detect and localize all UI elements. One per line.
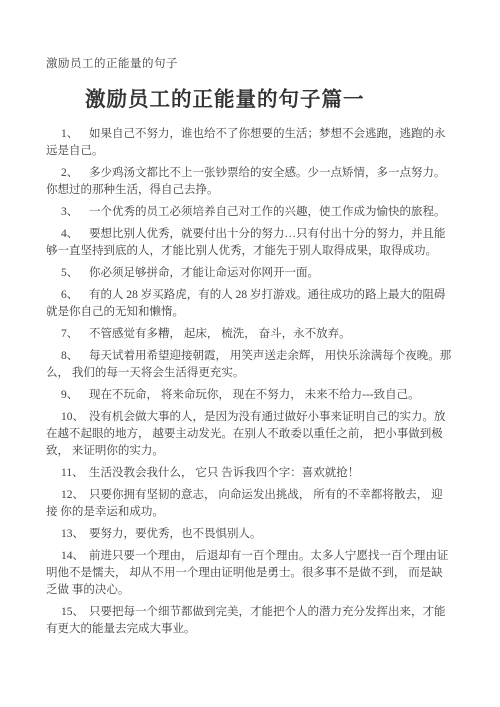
quote-number: 4、: [61, 226, 89, 243]
quote-number: 8、: [61, 348, 89, 365]
quote-text: 一个优秀的员工必须培养自己对工作的兴趣，使工作成为愉快的旅程。: [89, 206, 446, 218]
quote-number: 11、: [61, 465, 89, 482]
quote-number: 12、: [61, 487, 89, 504]
quote-number: 14、: [61, 548, 89, 565]
page-title: 激励员工的正能量的句子篇一: [85, 87, 454, 113]
quote-text: 你必须足够拼命，才能让命运对你网开一面。: [89, 267, 319, 279]
quote-item: 5、你必须足够拼命，才能让命运对你网开一面。: [46, 265, 454, 282]
quote-item: 14、前进只要一个理由， 后退却有一百个理由。太多人宁愿找一百个理由证明他不是懦…: [46, 548, 454, 599]
quote-item: 9、现在不玩命， 将来命玩你， 现在不努力， 未来不给力---致自己。: [46, 387, 454, 404]
quote-text: 不管感觉有多糟， 起床， 梳洗， 奋斗，永不放弃。: [89, 328, 351, 340]
quote-number: 10、: [61, 409, 89, 426]
quote-number: 6、: [61, 287, 89, 304]
quote-number: 5、: [61, 265, 89, 282]
quote-text: 前进只要一个理由， 后退却有一百个理由。太多人宁愿找一百个理由证明他不是懦夫， …: [46, 550, 448, 596]
quote-item: 12、只要你拥有坚韧的意志， 向命运发出挑战， 所有的不幸都将散去， 迎接 你的…: [46, 487, 454, 521]
quote-text: 每天试着用希望迎接朝霞， 用笑声送走余辉， 用快乐涂满每个夜晚。那么， 我们的每…: [46, 350, 451, 379]
quote-number: 1、: [61, 126, 89, 143]
quote-text: 现在不玩命， 将来命玩你， 现在不努力， 未来不给力---致自己。: [89, 389, 420, 401]
quote-number: 7、: [61, 326, 89, 343]
quote-item: 4、要想比别人优秀，就要付出十分的努力…只有付出十分的努力，并且能够一直坚持到底…: [46, 226, 454, 260]
quote-item: 15、只要把每一个细节都做到完美，才能把个人的潜力充分发挥出来，才能有更大的能量…: [46, 604, 454, 638]
quote-item: 2、多少鸡汤文都比不上一张钞票给的安全感。少一点矫情，多一点努力。你想过的那种生…: [46, 165, 454, 199]
quote-text: 只要把每一个细节都做到完美，才能把个人的潜力充分发挥出来，才能有更大的能量去完成…: [46, 606, 446, 635]
quote-item: 13、要努力，要优秀，也不畏惧别人。: [46, 526, 454, 543]
quote-text: 没有机会做大事的人，是因为没有通过做好小事来证明自己的实力。放在越不起眼的地方，…: [46, 411, 446, 457]
quote-number: 9、: [61, 387, 89, 404]
quote-item: 8、每天试着用希望迎接朝霞， 用笑声送走余辉， 用快乐涂满每个夜晚。那么， 我们…: [46, 348, 454, 382]
quote-text: 生活没教会我什么， 它只 告诉我四个字：喜欢就抢！: [89, 467, 359, 479]
quote-item: 6、有的人 28 岁买路虎，有的人 28 岁打游戏。通往成功的路上最大的阻碍就是…: [46, 287, 454, 321]
quote-text: 如果自己不努力，谁也给不了你想要的生活；梦想不会逃跑，逃跑的永远是自己。: [46, 128, 446, 157]
quote-text: 要想比别人优秀，就要付出十分的努力…只有付出十分的努力，并且能够一直坚持到底的人…: [46, 228, 446, 257]
quote-number: 15、: [61, 604, 89, 621]
quote-text: 多少鸡汤文都比不上一张钞票给的安全感。少一点矫情，多一点努力。你想过的那种生活，…: [46, 167, 446, 196]
quote-item: 7、不管感觉有多糟， 起床， 梳洗， 奋斗，永不放弃。: [46, 326, 454, 343]
quote-item: 1、如果自己不努力，谁也给不了你想要的生活；梦想不会逃跑，逃跑的永远是自己。: [46, 126, 454, 160]
quote-number: 2、: [61, 165, 89, 182]
quote-item: 10、没有机会做大事的人，是因为没有通过做好小事来证明自己的实力。放在越不起眼的…: [46, 409, 454, 460]
quote-number: 13、: [61, 526, 89, 543]
quote-list: 1、如果自己不努力，谁也给不了你想要的生活；梦想不会逃跑，逃跑的永远是自己。 2…: [46, 126, 454, 638]
running-header: 激励员工的正能量的句子: [46, 56, 454, 72]
quote-text: 有的人 28 岁买路虎，有的人 28 岁打游戏。通往成功的路上最大的阻碍就是你自…: [46, 289, 446, 318]
quote-text: 只要你拥有坚韧的意志， 向命运发出挑战， 所有的不幸都将散去， 迎接 你的是幸运…: [46, 489, 443, 518]
quote-item: 11、生活没教会我什么， 它只 告诉我四个字：喜欢就抢！: [46, 465, 454, 482]
quote-number: 3、: [61, 204, 89, 221]
document-page: 激励员工的正能量的句子 激励员工的正能量的句子篇一 1、如果自己不努力，谁也给不…: [0, 0, 500, 707]
quote-item: 3、一个优秀的员工必须培养自己对工作的兴趣，使工作成为愉快的旅程。: [46, 204, 454, 221]
quote-text: 要努力，要优秀，也不畏惧别人。: [89, 528, 262, 540]
